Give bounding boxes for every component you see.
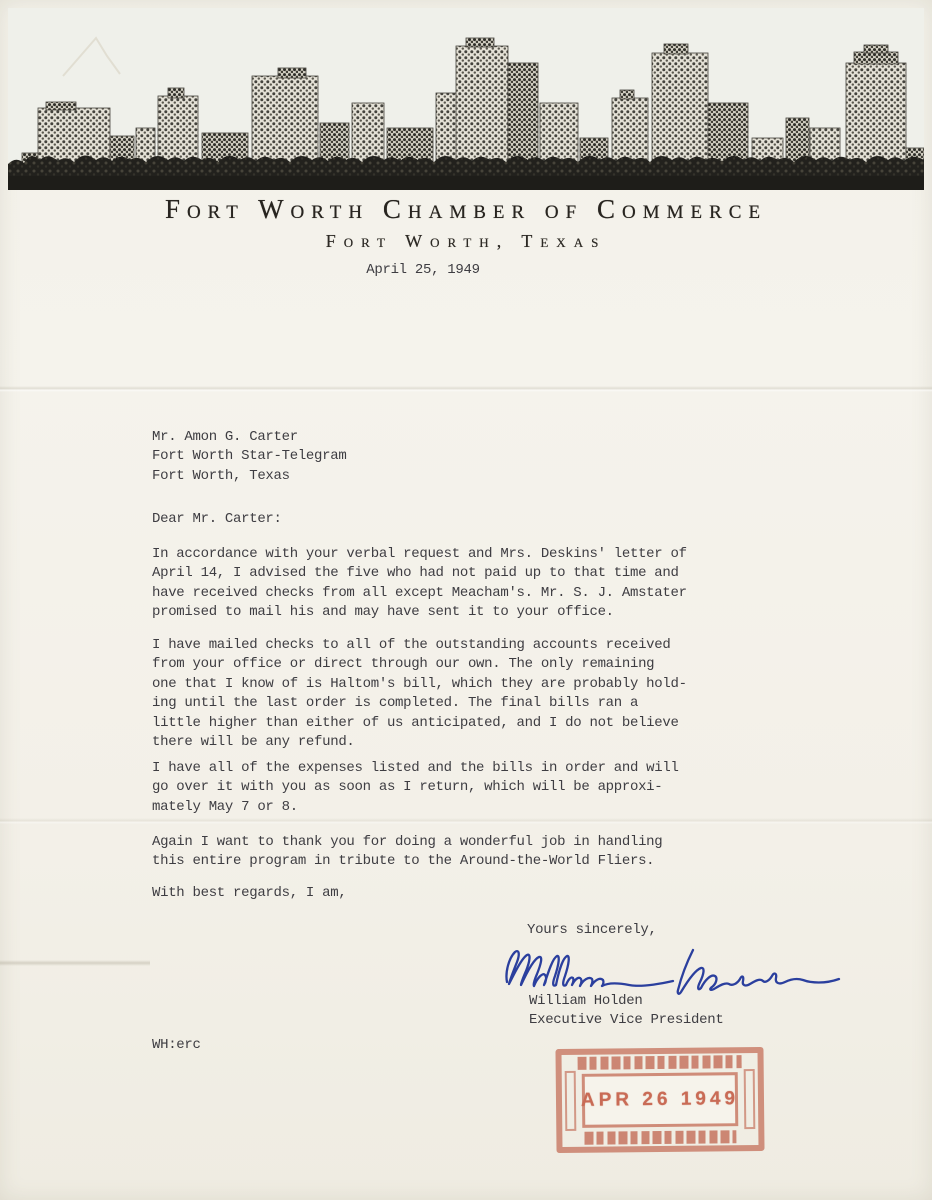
organization-location: Fort Worth, Texas <box>0 231 932 252</box>
signature-script <box>496 942 848 1000</box>
body-paragraph: I have all of the expenses listed and th… <box>152 759 679 817</box>
letter-document: Fort Worth Chamber of Commerce Fort Wort… <box>0 0 932 1200</box>
closing-line: With best regards, I am, <box>152 884 346 903</box>
stamp-ornament <box>744 1069 756 1129</box>
paper-fold-line <box>0 386 932 392</box>
stamp-ornament <box>565 1071 577 1131</box>
stamp-date: APR 26 1949 <box>582 1072 739 1128</box>
recipient-line: Fort Worth, Texas <box>152 468 290 484</box>
letter-date: April 25, 1949 <box>0 262 846 278</box>
stamp-illegible-text <box>584 1130 736 1145</box>
paper-fold-line <box>0 818 932 824</box>
valediction: Yours sincerely, <box>527 922 657 938</box>
organization-name: Fort Worth Chamber of Commerce <box>0 194 932 225</box>
received-date-stamp: APR 26 1949 <box>555 1047 764 1153</box>
fort-worth-skyline-illustration <box>8 8 924 190</box>
body-paragraph: Again I want to thank you for doing a wo… <box>152 833 662 872</box>
stamp-illegible-text <box>578 1055 742 1070</box>
recipient-line: Mr. Amon G. Carter <box>152 429 298 445</box>
recipient-address: Mr. Amon G. Carter Fort Worth Star-Teleg… <box>152 428 346 486</box>
salutation: Dear Mr. Carter: <box>152 510 282 529</box>
body-paragraph: I have mailed checks to all of the outst… <box>152 636 687 752</box>
signer-name: William Holden <box>529 993 642 1009</box>
signer-title: Executive Vice President <box>529 1012 723 1028</box>
typist-initials: WH:erc <box>152 1037 201 1053</box>
body-paragraph: In accordance with your verbal request a… <box>152 545 687 623</box>
recipient-line: Fort Worth Star-Telegram <box>152 448 346 464</box>
paper-fold-line <box>0 960 150 966</box>
